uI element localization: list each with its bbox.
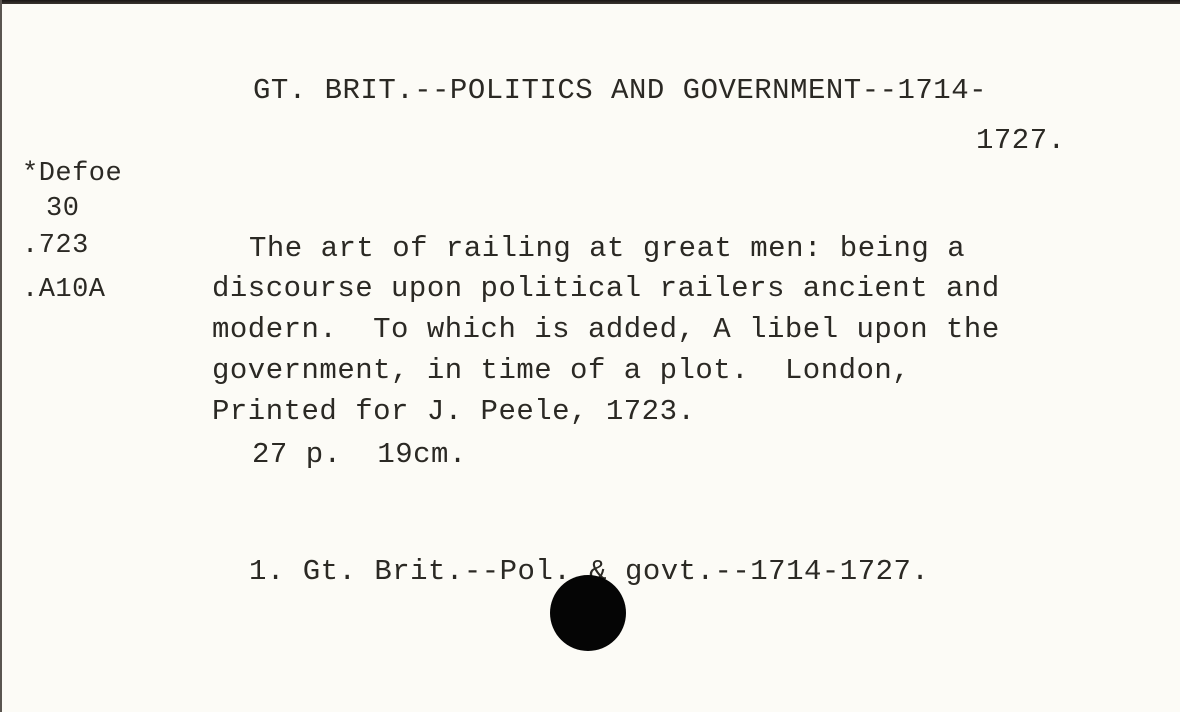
description-line: modern. To which is added, A libel upon … [212,313,1000,347]
description-line: Printed for J. Peele, 1723. [212,395,695,429]
subject-heading-line-2: 1727. [976,124,1066,158]
subject-heading-line-1: GT. BRIT.--POLITICS AND GOVERNMENT--1714… [253,74,987,108]
call-number-line: .723 [22,229,89,263]
call-number-line: .A10A [22,273,106,307]
card-left-edge [0,0,2,712]
call-number-line: *Defoe [22,157,122,191]
call-number-line: 30 [46,192,79,226]
description-line: government, in time of a plot. London, [212,354,910,388]
description-line: discourse upon political railers ancient… [212,272,1000,306]
collation-line: 27 p. 19cm. [252,438,467,472]
description-line: The art of railing at great men: being a [249,232,965,266]
punch-hole [550,575,626,651]
